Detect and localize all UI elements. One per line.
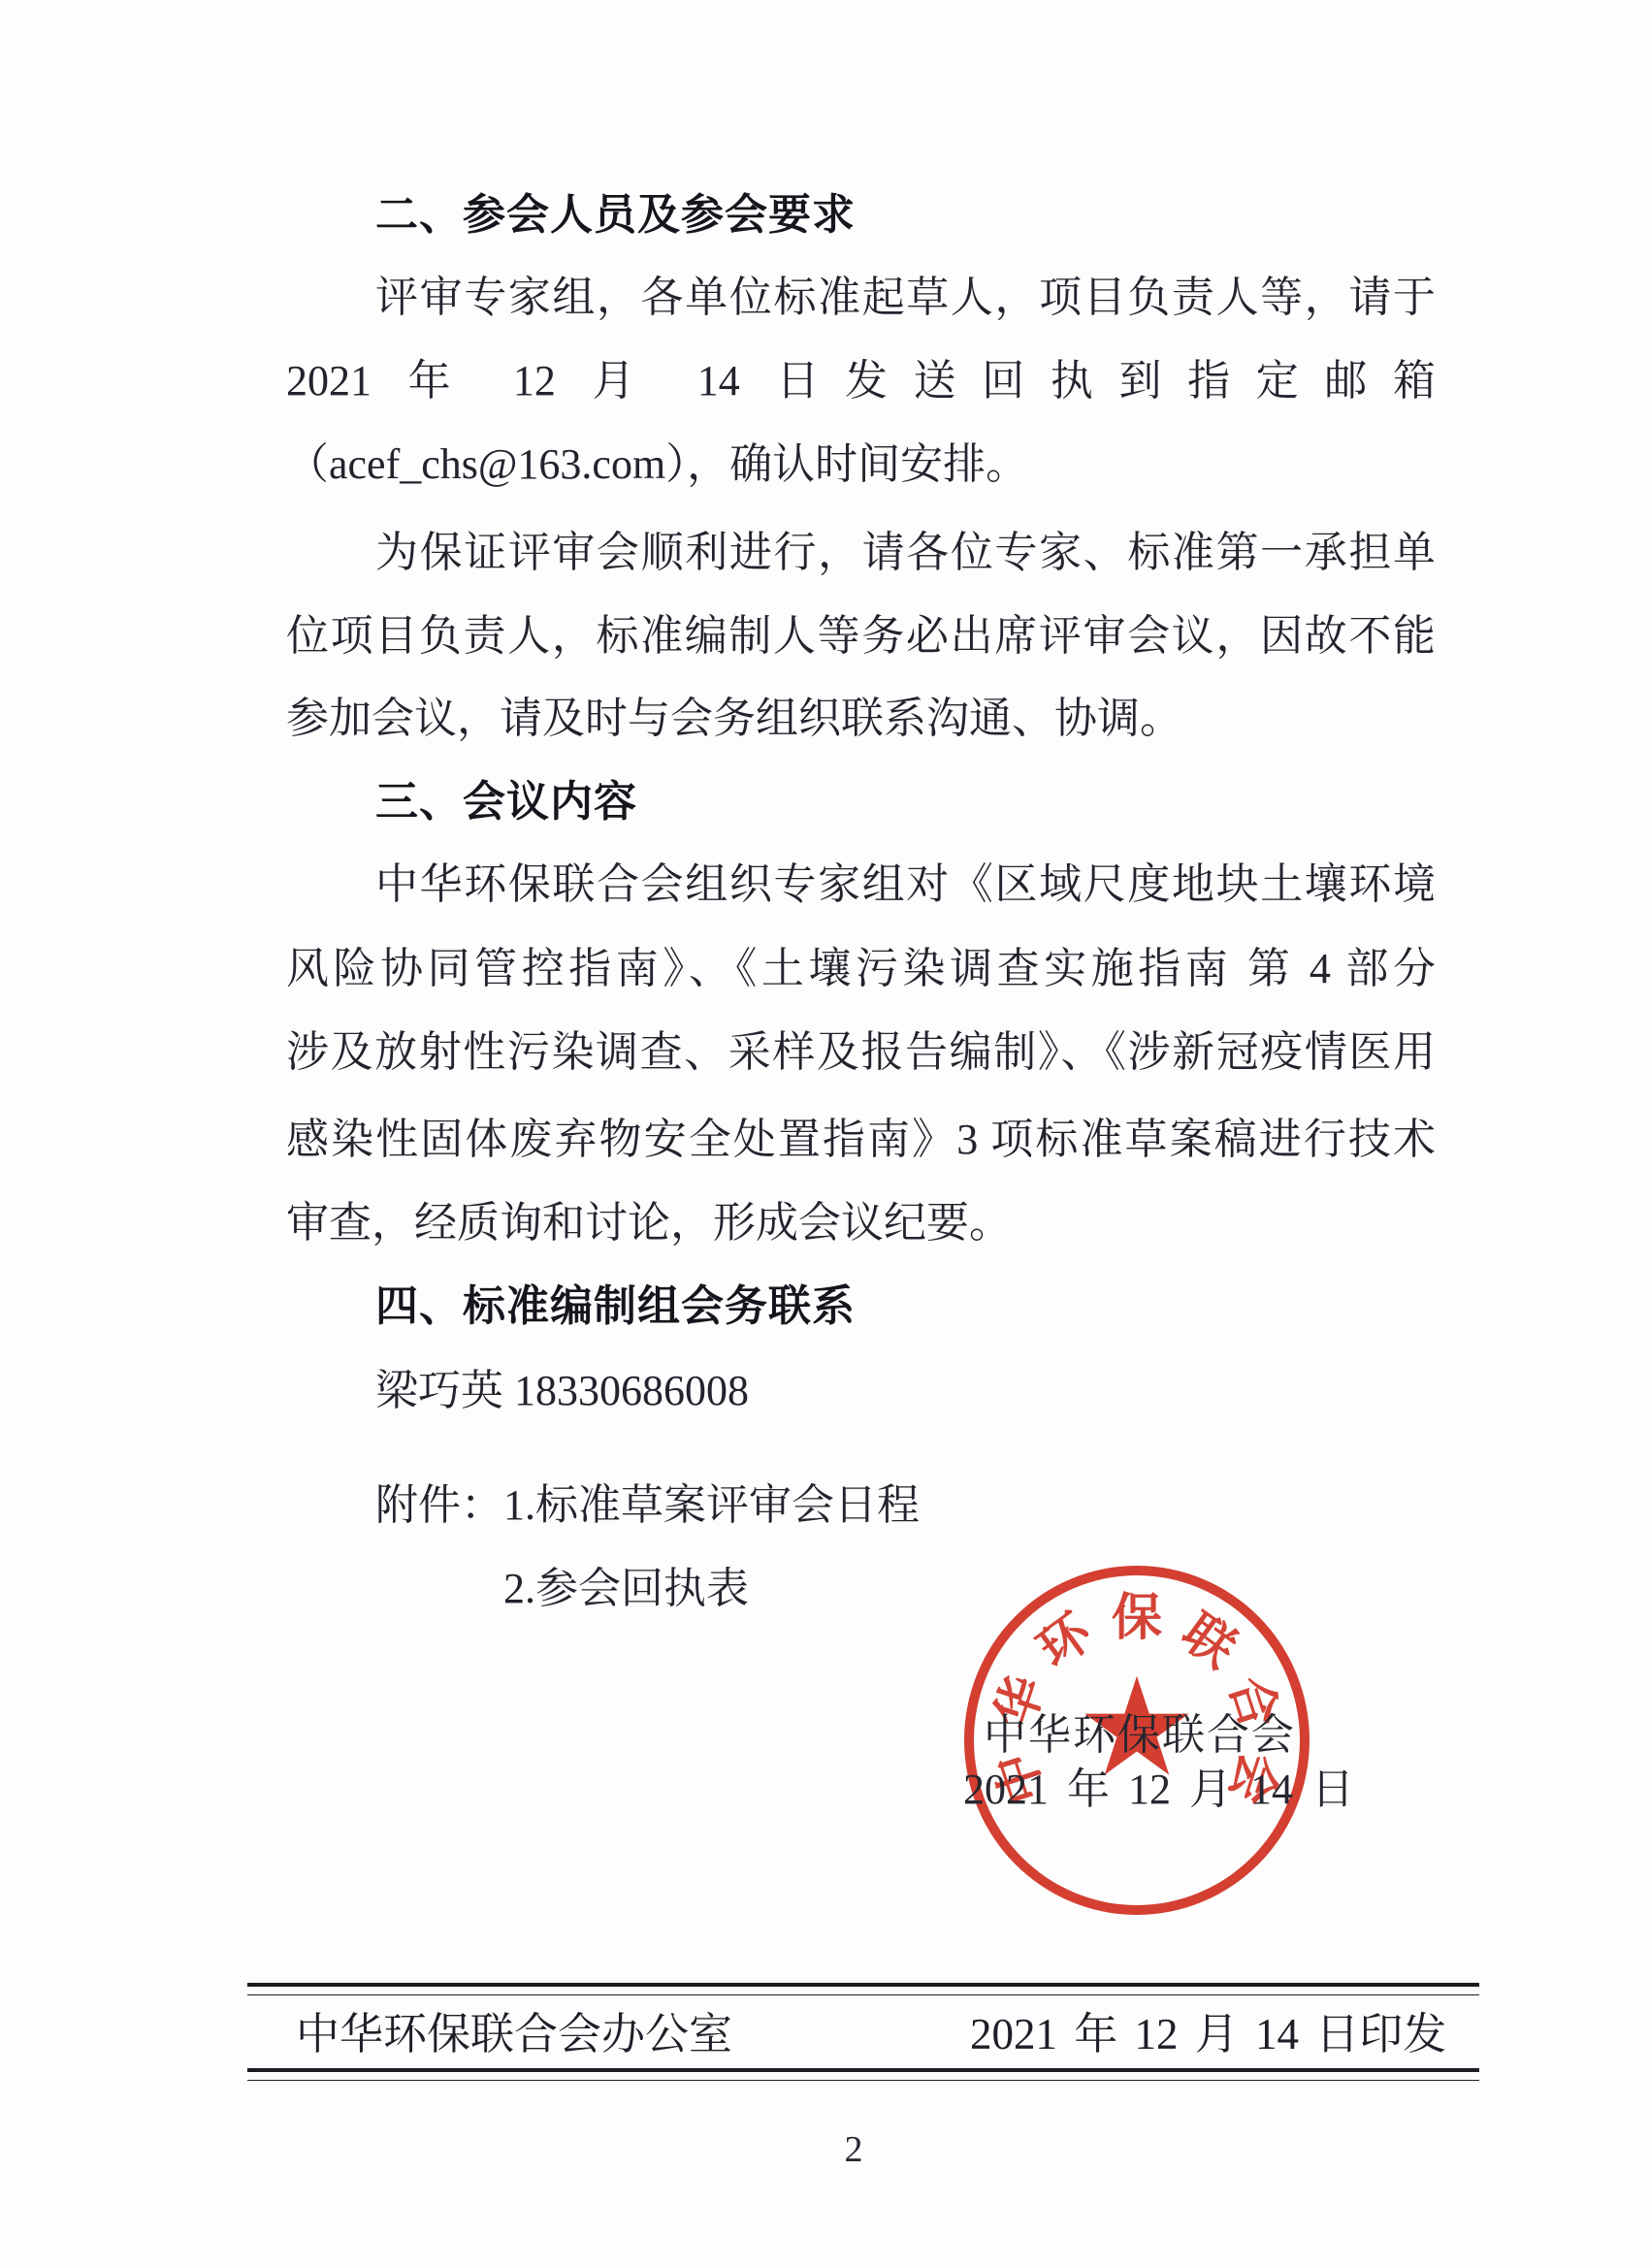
- colophon-office: 中华环保联合会办公室: [296, 2008, 732, 2060]
- paragraph-1-line-1: 评审专家组，各单位标准起草人，项目负责人等，请于: [286, 268, 1436, 328]
- colophon-bottom-rule: [247, 2068, 1479, 2081]
- paragraph-2-line-2: 位项目负责人，标准编制人等务必出席评审会议，因故不能: [286, 606, 1436, 666]
- paragraph-3-line-4: 感染性固体废弃物安全处置指南》3 项标准草案稿进行技术: [286, 1110, 1436, 1170]
- colophon-print-date: 2021 年 12 月 14 日印发: [970, 2008, 1446, 2060]
- seal-arc-char: 保: [1109, 1590, 1165, 1646]
- paragraph-3-line-5: 审查，经质询和讨论，形成会议纪要。: [286, 1193, 1436, 1253]
- paragraph-3-line-2: 风险协同管控指南》、《土壤污染调查实施指南 第 4 部分: [286, 939, 1436, 999]
- paragraph-1-line-3: （acef_chs@163.com），确认时间安排。: [286, 435, 1436, 495]
- attachment-item-1: 附件：1.标准草案评审会日程: [286, 1475, 1436, 1536]
- section-4-heading: 四、标准编制组会务联系: [286, 1277, 1436, 1337]
- scanned-document-page: 二、参会人员及参会要求 评审专家组，各单位标准起草人，项目负责人等，请于 202…: [0, 0, 1649, 2268]
- paragraph-3-line-3: 涉及放射性污染调查、采样及报告编制》、《涉新冠疫情医用: [286, 1022, 1436, 1083]
- paragraph-2-line-1: 为保证评审会顺利进行，请各位专家、标准第一承担单: [286, 523, 1436, 583]
- issuing-org-name: 中华环保联合会: [984, 1711, 1296, 1760]
- contact-line: 梁巧英 18330686008: [286, 1361, 1436, 1421]
- paragraph-1-line-2: 2021 年 12 月 14 日发送回执到指定邮箱: [286, 351, 1436, 411]
- paragraph-3-line-1: 中华环保联合会组织专家组对《区域尺度地块土壤环境: [286, 855, 1436, 915]
- paragraph-2-line-3: 参加会议，请及时与会务组织联系沟通、协调。: [286, 689, 1436, 749]
- section-3-heading: 三、会议内容: [286, 772, 1436, 832]
- colophon-top-rule: [247, 1983, 1479, 1995]
- issue-date: 2021 年 12 月 14 日: [963, 1766, 1354, 1814]
- section-2-heading: 二、参会人员及参会要求: [286, 185, 1436, 245]
- page-number: 2: [820, 2128, 888, 2171]
